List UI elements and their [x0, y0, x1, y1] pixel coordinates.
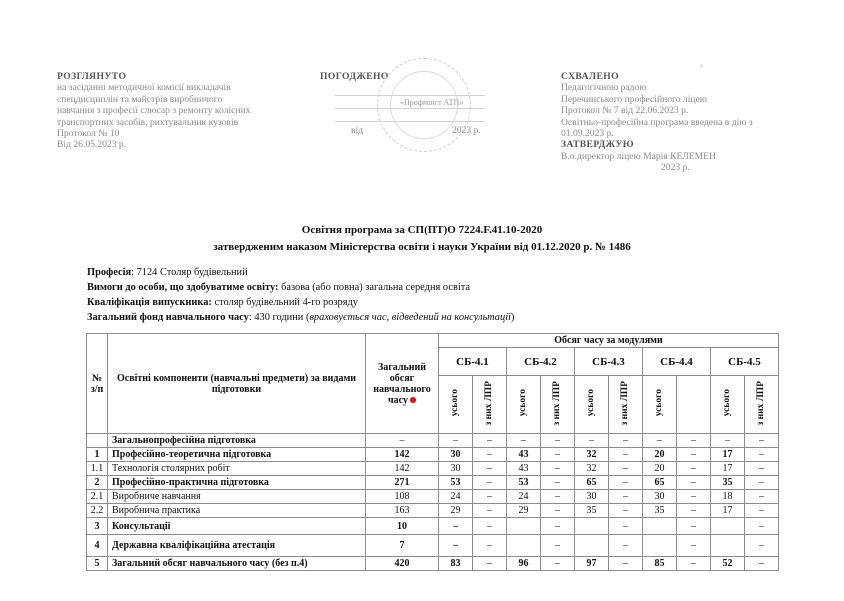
subheader-label: з них ЛПР [621, 381, 631, 426]
cell-hours-total: 83 [439, 557, 473, 571]
row-number: 2 [87, 476, 108, 490]
cell-hours-lpr: – [473, 518, 507, 535]
info-qualification: Кваліфікація випускника: столяр будівель… [87, 295, 358, 310]
cell-hours-lpr: – [541, 557, 575, 571]
cell-hours-lpr: – [541, 448, 575, 462]
row-name: Загальний обсяг навчального часу (без п.… [108, 557, 366, 571]
approval-line: Протокол № 7 від 22.06.2023 р. [561, 105, 753, 116]
cell-hours-total: – [643, 434, 677, 448]
curriculum-table: № з/п Освітні компоненти (навчальні пред… [86, 333, 779, 571]
subheader-label: з них ЛПР [553, 381, 563, 426]
module-header: СБ-4.4 [643, 348, 711, 376]
row-name: Виробнича практика [108, 504, 366, 518]
cell-hours-total [711, 535, 745, 557]
row-total: 108 [366, 490, 439, 504]
cell-hours-lpr: – [473, 535, 507, 557]
cell-hours-lpr: – [473, 434, 507, 448]
cell-hours-total: 30 [439, 448, 473, 462]
cell-hours-total: 35 [711, 476, 745, 490]
module-header: СБ-4.2 [507, 348, 575, 376]
table-row: Загальнопрофесійна підготовка––––––––––– [87, 434, 779, 448]
approval-heading: ПОГОДЖЕНО [320, 71, 389, 82]
module-header: СБ-4.3 [575, 348, 643, 376]
cell-hours-total [507, 518, 541, 535]
row-name: Професійно-теоретична підготовка [108, 448, 366, 462]
cell-hours-lpr: – [745, 504, 779, 518]
cell-hours-total: 17 [711, 504, 745, 518]
cell-hours-lpr: – [473, 476, 507, 490]
cell-hours-total: 65 [575, 476, 609, 490]
agreed-date-suffix: 2023 р. [452, 125, 481, 136]
subheader-total: усього [575, 376, 609, 434]
stamp-text: «Профмінст АТП» [400, 98, 463, 107]
info-value: столяр будівельний 4-го розряду [212, 297, 358, 308]
cell-hours-lpr: – [473, 557, 507, 571]
cell-hours-total: – [711, 434, 745, 448]
row-total: 163 [366, 504, 439, 518]
cell-hours-lpr: – [609, 490, 643, 504]
subheader-lpr: з них ЛПР [745, 376, 779, 434]
cell-hours-total: – [507, 434, 541, 448]
row-number: 2.2 [87, 504, 108, 518]
cell-hours-total: 20 [643, 448, 677, 462]
cell-hours-total: 30 [643, 490, 677, 504]
cell-hours-total: 30 [439, 462, 473, 476]
row-number [87, 434, 108, 448]
cell-hours-total: 43 [507, 462, 541, 476]
approval-block-reviewed: РОЗГЛЯНУТО на засіданні методичної коміс… [57, 71, 251, 151]
cell-hours-total: 30 [575, 490, 609, 504]
info-label: Загальний фонд навчального часу [87, 312, 249, 323]
row-total: 142 [366, 448, 439, 462]
cell-hours-total: 17 [711, 448, 745, 462]
row-number: 1.1 [87, 462, 108, 476]
header-components: Освітні компоненти (навчальні предмети) … [108, 334, 366, 434]
signature-date: 2023 р. [561, 162, 753, 173]
approval-heading-confirm: ЗАТВЕРДЖУЮ [561, 139, 753, 150]
cell-hours-lpr: – [677, 504, 711, 518]
info-label: Кваліфікація випускника: [87, 297, 212, 308]
cell-hours-lpr: – [677, 462, 711, 476]
cell-hours-total [575, 535, 609, 557]
cell-hours-total: – [575, 434, 609, 448]
approval-line: навчання з професії слюсар з ремонту кол… [57, 105, 251, 116]
row-number: 4 [87, 535, 108, 557]
approval-heading: СХВАЛЕНО [561, 71, 753, 82]
info-profession: Професія: 7124 Столяр будівельний [87, 265, 248, 280]
cell-hours-lpr: – [677, 476, 711, 490]
table-body: Загальнопрофесійна підготовка–––––––––––… [87, 434, 779, 571]
cell-hours-lpr: – [609, 504, 643, 518]
cell-hours-total: – [439, 434, 473, 448]
row-number: 1 [87, 448, 108, 462]
cell-hours-lpr: – [745, 490, 779, 504]
approval-line: на засіданні методичної комісії викладач… [57, 82, 251, 93]
cell-hours-total: 43 [507, 448, 541, 462]
cell-hours-lpr: – [609, 462, 643, 476]
cell-hours-total: 35 [575, 504, 609, 518]
header-modules-group: Обсяг часу за модулями [439, 334, 779, 348]
subheader-lpr: з них ЛПР [609, 376, 643, 434]
table-row: 2.2Виробнича практика16329–29–35–35–17– [87, 504, 779, 518]
cell-hours-lpr: – [609, 518, 643, 535]
info-requirements: Вимоги до особи, що здобуватиме освіту: … [87, 280, 470, 295]
cell-hours-lpr: – [609, 448, 643, 462]
subheader-label: усього [587, 389, 597, 416]
subheader-total: усього [711, 376, 745, 434]
approval-block-approved: СХВАЛЕНО Педагогічною радою Перечинськог… [561, 71, 753, 174]
row-total: 420 [366, 557, 439, 571]
cell-hours-lpr: – [541, 518, 575, 535]
cell-hours-total: 32 [575, 462, 609, 476]
cell-hours-lpr: – [541, 462, 575, 476]
row-total: – [366, 434, 439, 448]
cell-hours-lpr: – [609, 557, 643, 571]
header-number: № з/п [87, 334, 108, 434]
cell-hours-lpr: – [541, 535, 575, 557]
cell-hours-total: 53 [439, 476, 473, 490]
approval-block-agreed: ПОГОДЖЕНО [320, 71, 389, 82]
cell-hours-total: 97 [575, 557, 609, 571]
approval-line: спецдисциплін та майстрів виробничого [57, 94, 251, 105]
row-number: 3 [87, 518, 108, 535]
table-row: 5Загальний обсяг навчального часу (без п… [87, 557, 779, 571]
cell-hours-lpr: – [677, 535, 711, 557]
cell-hours-total: 29 [439, 504, 473, 518]
header-total-label: Загальний обсяг навчального часу [373, 362, 430, 406]
approval-line: Освітньо-професійна програма введена в д… [561, 117, 753, 128]
table-row: 1.1Технологія столярних робіт14230–43–32… [87, 462, 779, 476]
info-value: : 7124 Столяр будівельний [131, 267, 248, 278]
table-row: 4Державна кваліфікаційна атестація7–––––… [87, 535, 779, 557]
cell-hours-lpr: – [541, 490, 575, 504]
cell-hours-total: – [439, 535, 473, 557]
table-row: 1Професійно-теоретична підготовка14230–4… [87, 448, 779, 462]
subheader-label: усього [519, 389, 529, 416]
cell-hours-lpr: – [473, 462, 507, 476]
approval-line: Протокол № 10 [57, 128, 251, 139]
cell-hours-total [711, 518, 745, 535]
cell-hours-total: – [439, 518, 473, 535]
subheader-label: усього [723, 389, 733, 416]
cell-hours-total: 65 [643, 476, 677, 490]
cell-hours-lpr: – [677, 490, 711, 504]
cell-hours-lpr: – [473, 448, 507, 462]
cell-hours-total: 20 [643, 462, 677, 476]
subheader-total: усього [643, 376, 677, 434]
cell-hours-lpr: – [609, 434, 643, 448]
cell-hours-total: 24 [439, 490, 473, 504]
cell-hours-lpr: – [677, 448, 711, 462]
cell-hours-total: 53 [507, 476, 541, 490]
subheader-lpr: з них ЛПР [541, 376, 575, 434]
cell-hours-lpr: – [541, 476, 575, 490]
info-note: враховується час, відведений на консульт… [309, 312, 511, 323]
cell-hours-total: 85 [643, 557, 677, 571]
cell-hours-lpr: – [473, 504, 507, 518]
module-header: СБ-4.5 [711, 348, 779, 376]
info-value: базова (або повна) загальна середня осві… [279, 282, 471, 293]
table-row: 2.1Виробниче навчання10824–24–30–30–18– [87, 490, 779, 504]
approval-line: 01.09.2023 р. [561, 128, 753, 139]
table-row: 3Консультації10–––––– [87, 518, 779, 535]
cell-hours-lpr: – [745, 462, 779, 476]
cell-hours-total: 29 [507, 504, 541, 518]
approval-line: транспортних засобів, рихтувальник кузов… [57, 117, 251, 128]
cell-hours-lpr: – [677, 518, 711, 535]
cell-hours-lpr: – [677, 434, 711, 448]
info-total-hours: Загальний фонд навчального часу: 430 год… [87, 310, 514, 325]
cell-hours-total: 52 [711, 557, 745, 571]
cell-hours-total: 17 [711, 462, 745, 476]
row-number: 5 [87, 557, 108, 571]
signature-line: В.о.директор ліцею Марія КЕЛЕМЕН [561, 151, 753, 162]
row-total: 142 [366, 462, 439, 476]
document-title: Освітня програма за СП(ПТ)О 7224.F.41.10… [0, 222, 844, 238]
subheader-label: з них ЛПР [757, 381, 767, 426]
cell-hours-total: 18 [711, 490, 745, 504]
cell-hours-total: 32 [575, 448, 609, 462]
cell-hours-lpr: – [541, 434, 575, 448]
cell-hours-total: 96 [507, 557, 541, 571]
row-name: Загальнопрофесійна підготовка [108, 434, 366, 448]
row-total: 271 [366, 476, 439, 490]
row-total: 10 [366, 518, 439, 535]
agreed-date-prefix: від [351, 125, 363, 136]
red-marker-dot [410, 397, 416, 403]
row-name: Технологія столярних робіт [108, 462, 366, 476]
approval-line: Від 26.05.2023 р. [57, 139, 251, 150]
cell-hours-lpr: – [745, 434, 779, 448]
cell-hours-lpr: – [541, 504, 575, 518]
subheader-lpr [677, 376, 711, 434]
cell-hours-lpr: – [745, 535, 779, 557]
table-row: 2Професійно-практична підготовка27153–53… [87, 476, 779, 490]
document-subtitle: затвердженим наказом Міністерства освіти… [0, 239, 844, 255]
subheader-label: з них ЛПР [485, 381, 495, 426]
cell-hours-total [643, 518, 677, 535]
approval-line: Перечинського професійного ліцею [561, 94, 753, 105]
subheader-label: усього [655, 389, 665, 416]
row-name: Державна кваліфікаційна атестація [108, 535, 366, 557]
subheader-label: усього [451, 389, 461, 416]
subheader-total: усього [507, 376, 541, 434]
info-value: : 430 години ( [249, 312, 310, 323]
module-header: СБ-4.1 [439, 348, 507, 376]
info-label: Професія [87, 267, 131, 278]
cell-hours-lpr: – [745, 518, 779, 535]
approval-heading: РОЗГЛЯНУТО [57, 71, 251, 82]
info-tail: ) [511, 312, 514, 323]
cell-hours-lpr: – [609, 535, 643, 557]
cell-hours-total [575, 518, 609, 535]
approval-line: Педагогічною радою [561, 82, 753, 93]
scan-mark: ⸗ [698, 60, 706, 70]
subheader-lpr: з них ЛПР [473, 376, 507, 434]
info-label: Вимоги до особи, що здобуватиме освіту: [87, 282, 279, 293]
cell-hours-total: 35 [643, 504, 677, 518]
cell-hours-lpr: – [745, 557, 779, 571]
row-name: Консультації [108, 518, 366, 535]
row-total: 7 [366, 535, 439, 557]
row-number: 2.1 [87, 490, 108, 504]
cell-hours-lpr: – [745, 476, 779, 490]
cell-hours-lpr: – [609, 476, 643, 490]
cell-hours-lpr: – [473, 490, 507, 504]
cell-hours-total: 24 [507, 490, 541, 504]
cell-hours-total [507, 535, 541, 557]
row-name: Виробниче навчання [108, 490, 366, 504]
cell-hours-lpr: – [745, 448, 779, 462]
cell-hours-total [643, 535, 677, 557]
row-name: Професійно-практична підготовка [108, 476, 366, 490]
header-total: Загальний обсяг навчального часу [366, 334, 439, 434]
subheader-total: усього [439, 376, 473, 434]
cell-hours-lpr: – [677, 557, 711, 571]
